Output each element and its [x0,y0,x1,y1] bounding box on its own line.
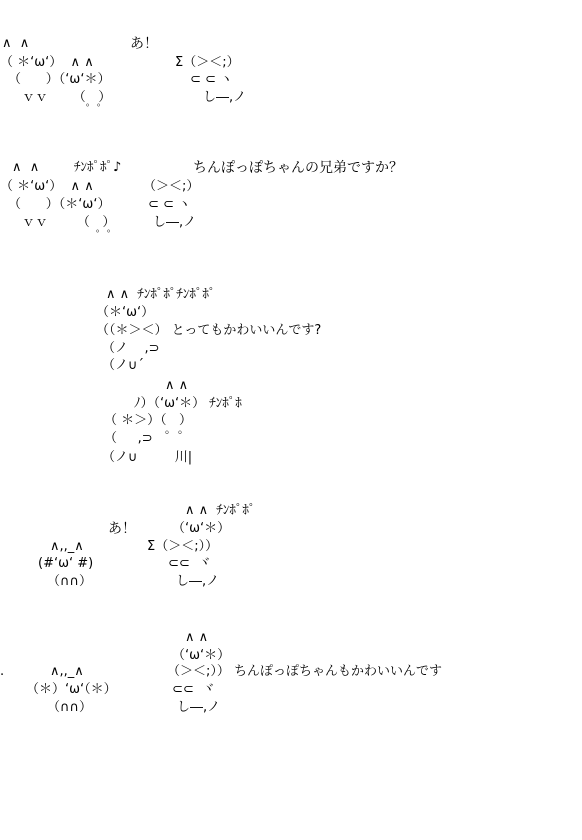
ascii-line: Σ（＞＜;） [175,55,240,71]
ascii-line: し―,ノ [203,90,246,106]
ascii-line: （ ）（‘ω‘＊） [8,72,110,88]
ascii-line: （＊）‘ω‘（＊） [26,682,117,698]
ascii-line: （＞＜;） [143,179,199,195]
ascii-line: ∧,,_∧ [50,539,84,555]
ascii-line: ⊂⊂ ヾ [172,682,215,698]
ascii-line: （ ＊＞）（ ） [104,413,192,429]
ascii-line: ∧ ∧ ﾁﾝﾎﾟﾎﾟﾁﾝﾎﾟﾎﾟ [106,287,215,303]
ascii-line: ∧ ∧ [12,160,39,176]
ascii-line: ﾉ）（‘ω‘＊） ﾁﾝﾎﾟﾎ [134,396,242,412]
ascii-line: あ！ [108,521,136,537]
ascii-line: （ ）（＊‘ω‘） [8,197,110,213]
ascii-line: ∧ ∧ [165,378,188,394]
ascii-line: . [0,664,4,680]
ascii-line: （ノ∪ 川| [102,450,192,466]
ascii-line: （ ＊‘ω‘） ∧ ∧ [0,179,94,195]
ascii-line: ⊂⊂ ヾ [168,556,211,572]
ascii-line: （ノ ,⊃ [102,341,160,357]
ascii-line: （∩∩） [47,574,92,590]
ascii-line: （＊‘ω‘） [96,305,154,321]
ascii-line: ﾁﾝﾎﾟﾎﾟ♪ [74,160,121,176]
ascii-line: ゜゜ [96,228,118,244]
ascii-art-canvas: ∧ ∧あ！（ ＊‘ω‘） ∧ ∧Σ（＞＜;）（ ）（‘ω‘＊）⊂ ⊂ ヽｖｖ （… [0,0,582,840]
ascii-line: ⊂ ⊂ ヽ [148,197,191,213]
ascii-line: ∧,,_∧ [50,664,84,680]
ascii-line: ∧ ∧ [185,630,208,646]
ascii-line: （‘ω‘＊） [172,521,230,537]
ascii-line: あ！ [130,36,158,52]
ascii-line: ゜゜ [86,102,108,118]
ascii-line: し―,ノ [153,215,196,231]
ascii-line: （ ＊‘ω‘） ∧ ∧ [0,55,94,71]
ascii-line: ∧ ∧ [2,36,29,52]
ascii-line: し―,ノ [176,574,219,590]
ascii-line: （＞＜;）） ちんぽっぽちゃんもかわいいんです [167,664,442,680]
ascii-line: （∩∩） [47,700,92,716]
ascii-line: Σ（＞＜;）） [147,539,218,555]
ascii-line: ちんぽっぽちゃんの兄弟ですか？ [193,160,403,176]
ascii-line: （ ,⊃ ゜゜ [104,431,191,447]
ascii-line: ∧ ∧ ﾁﾝﾎﾟﾎﾟ [185,503,255,519]
ascii-line: （ノ∪´ [102,358,144,374]
ascii-line: （‘ω‘＊） [172,648,230,664]
ascii-line: し―,ノ [177,700,220,716]
ascii-line: ⊂ ⊂ ヽ [190,72,233,88]
ascii-line: （（＊＞＜） とってもかわいいんです? [96,323,321,339]
ascii-line: (#‘ω‘ #) [38,556,93,572]
